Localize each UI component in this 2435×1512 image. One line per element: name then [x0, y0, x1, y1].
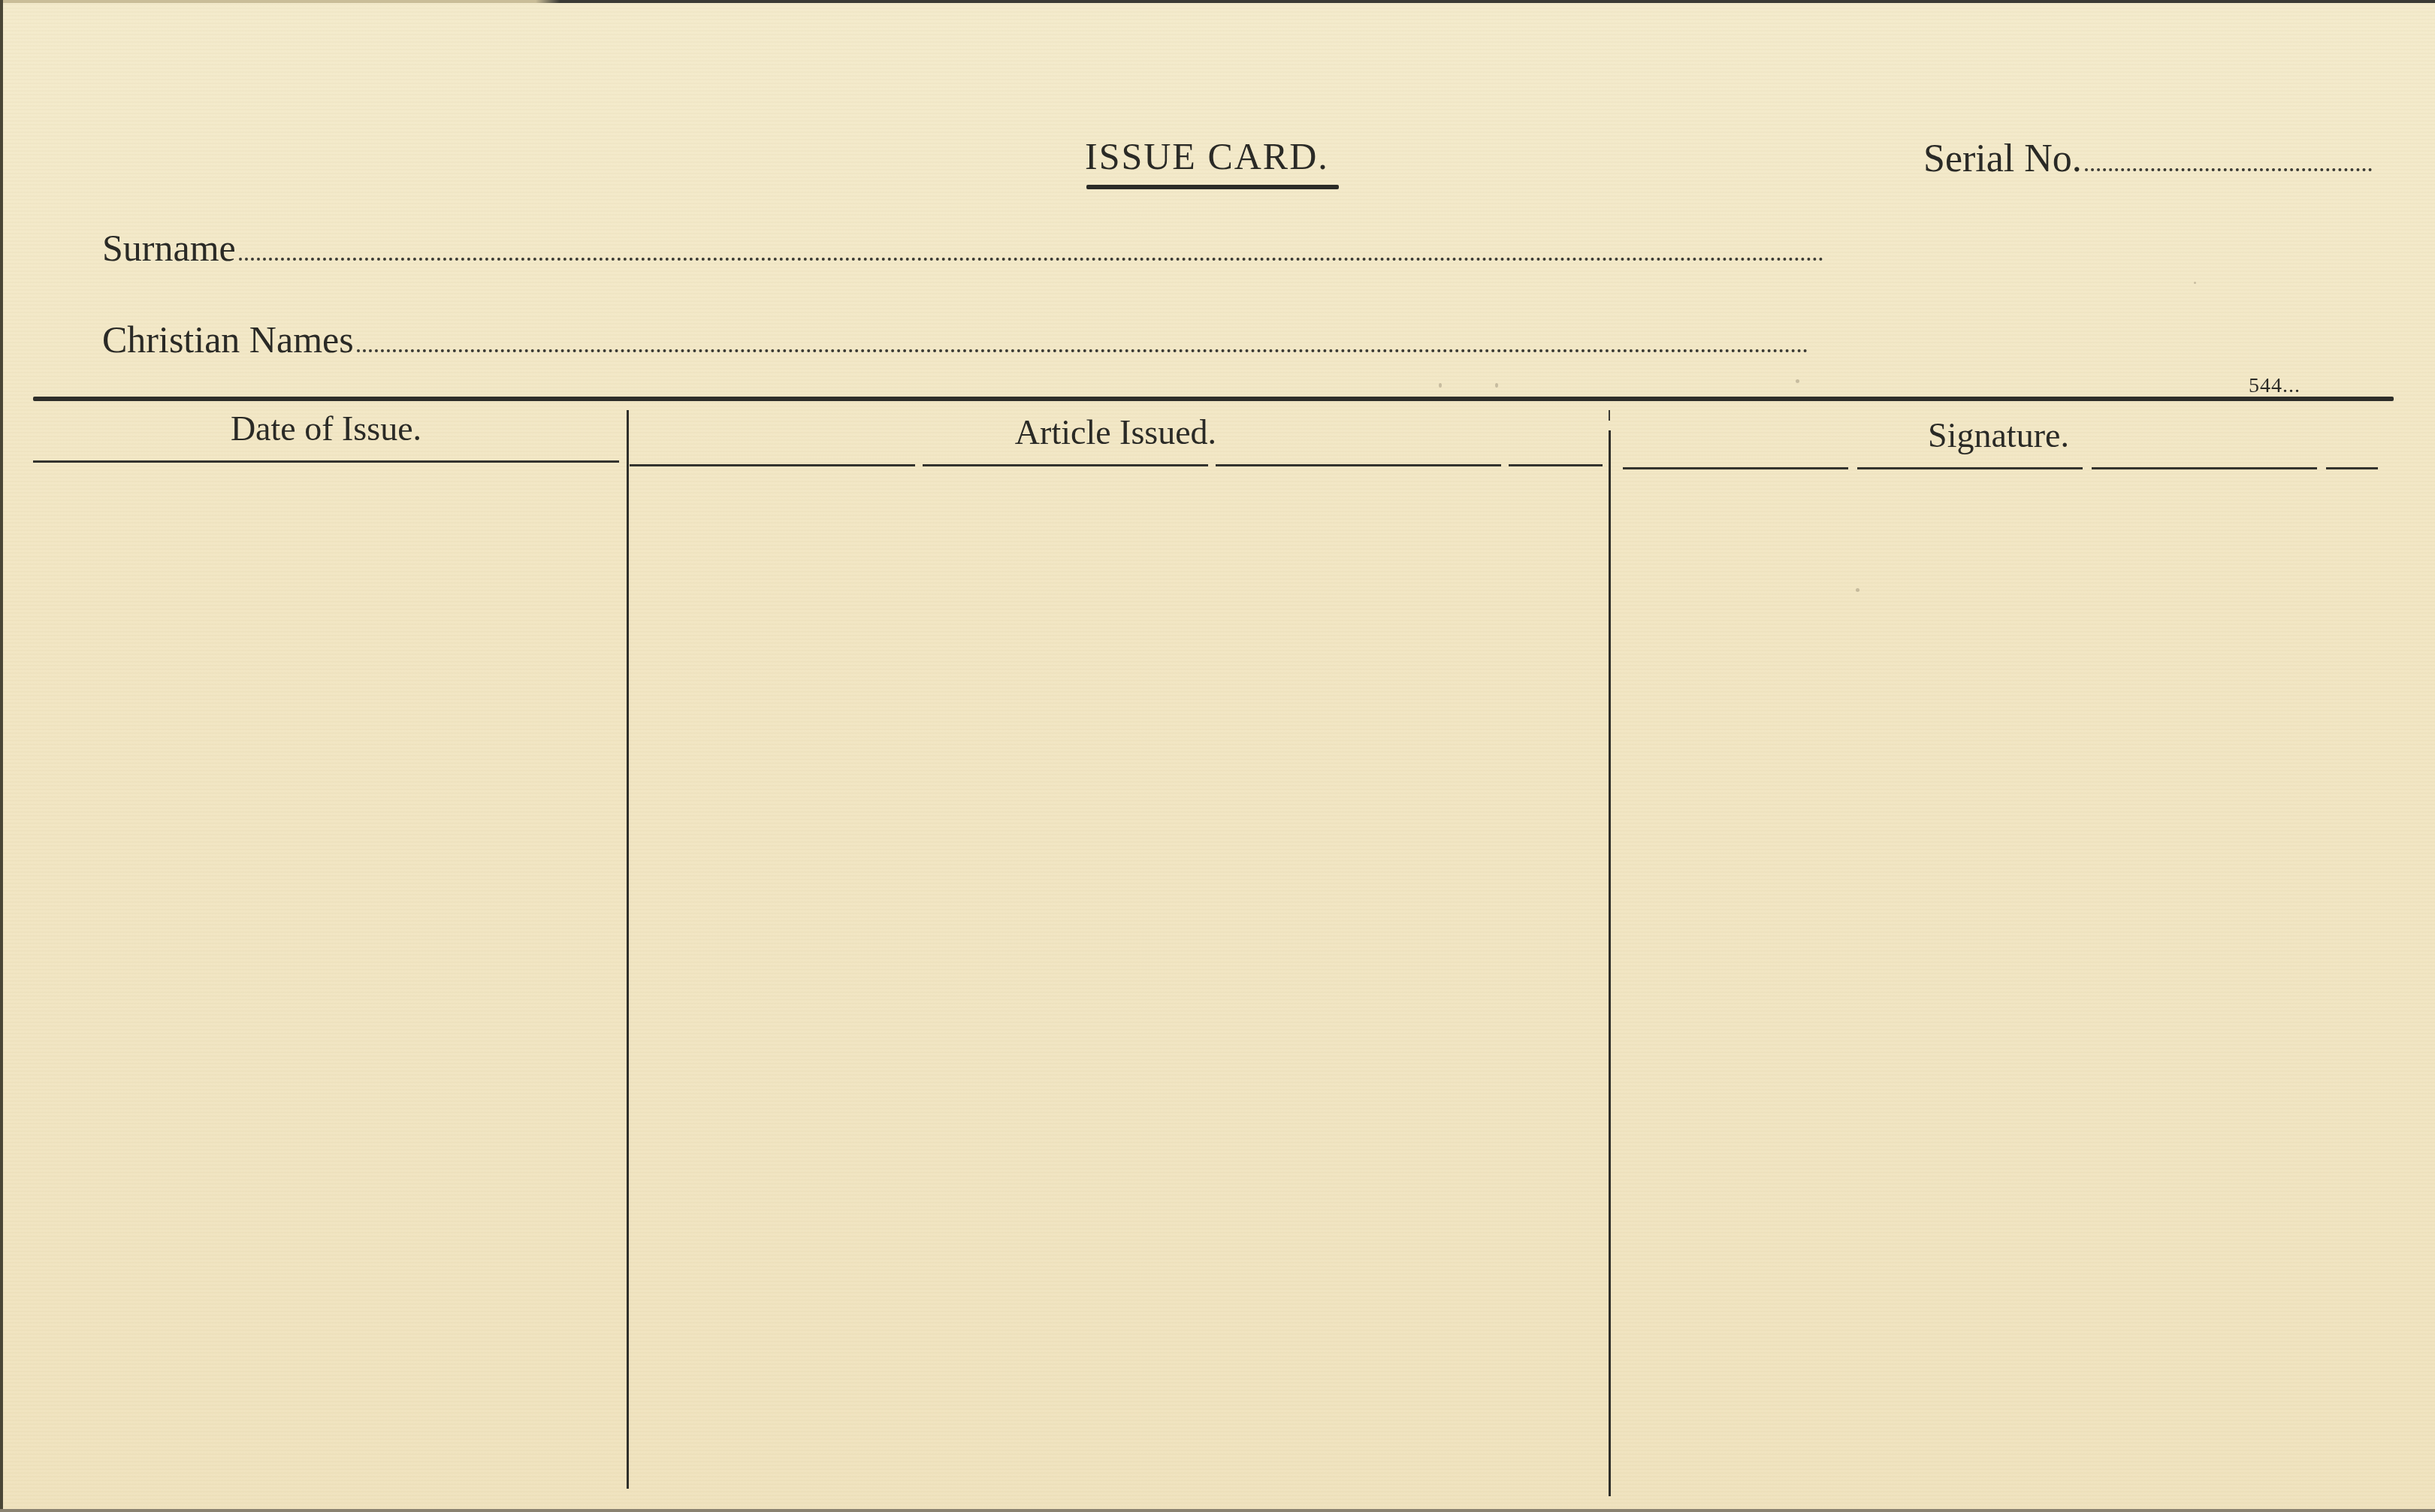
- card-bottom-edge: [0, 1509, 2435, 1512]
- form-number: 544...: [2249, 374, 2301, 398]
- column-header-date-of-issue: Date of Issue.: [33, 412, 619, 446]
- christian-names-blank[interactable]: [357, 349, 1808, 352]
- signature-header-rule: [1623, 467, 2378, 469]
- date-header-rule: [33, 460, 619, 463]
- article-issued-column[interactable]: [631, 469, 1606, 1495]
- surname-blank[interactable]: [239, 258, 1824, 261]
- card-top-edge: [0, 0, 2435, 3]
- column-header-article-issued: Article Issued.: [627, 415, 1604, 450]
- card-title: ISSUE CARD.: [1085, 137, 1329, 175]
- column-header-signature: Signature.: [1623, 418, 2374, 453]
- paper-speck: [1495, 383, 1498, 388]
- christian-names-label: Christian Names: [102, 321, 354, 358]
- column-divider-2-tick: [1609, 410, 1610, 421]
- column-divider-2: [1609, 430, 1611, 1496]
- christian-names-field[interactable]: Christian Names: [102, 321, 1808, 358]
- column-divider-1: [627, 410, 629, 1489]
- title-underline: [1086, 185, 1339, 189]
- date-of-issue-column[interactable]: [33, 466, 625, 1495]
- paper-speck: [1439, 383, 1442, 388]
- surname-label: Surname: [102, 229, 236, 267]
- surname-field[interactable]: Surname: [102, 229, 1824, 267]
- serial-number-blank[interactable]: [2085, 168, 2372, 171]
- article-header-rule: [630, 464, 1603, 466]
- paper-speck: [1856, 588, 1859, 592]
- signature-column[interactable]: [1612, 472, 2394, 1495]
- paper-speck: [2194, 282, 2196, 284]
- header-divider: [33, 397, 2394, 401]
- serial-number-field[interactable]: Serial No.: [1923, 140, 2372, 179]
- serial-number-label: Serial No.: [1923, 140, 2082, 179]
- card-left-edge: [0, 0, 3, 1512]
- issue-card: ISSUE CARD. Serial No. Surname Christian…: [0, 0, 2435, 1512]
- paper-speck: [1796, 379, 1799, 383]
